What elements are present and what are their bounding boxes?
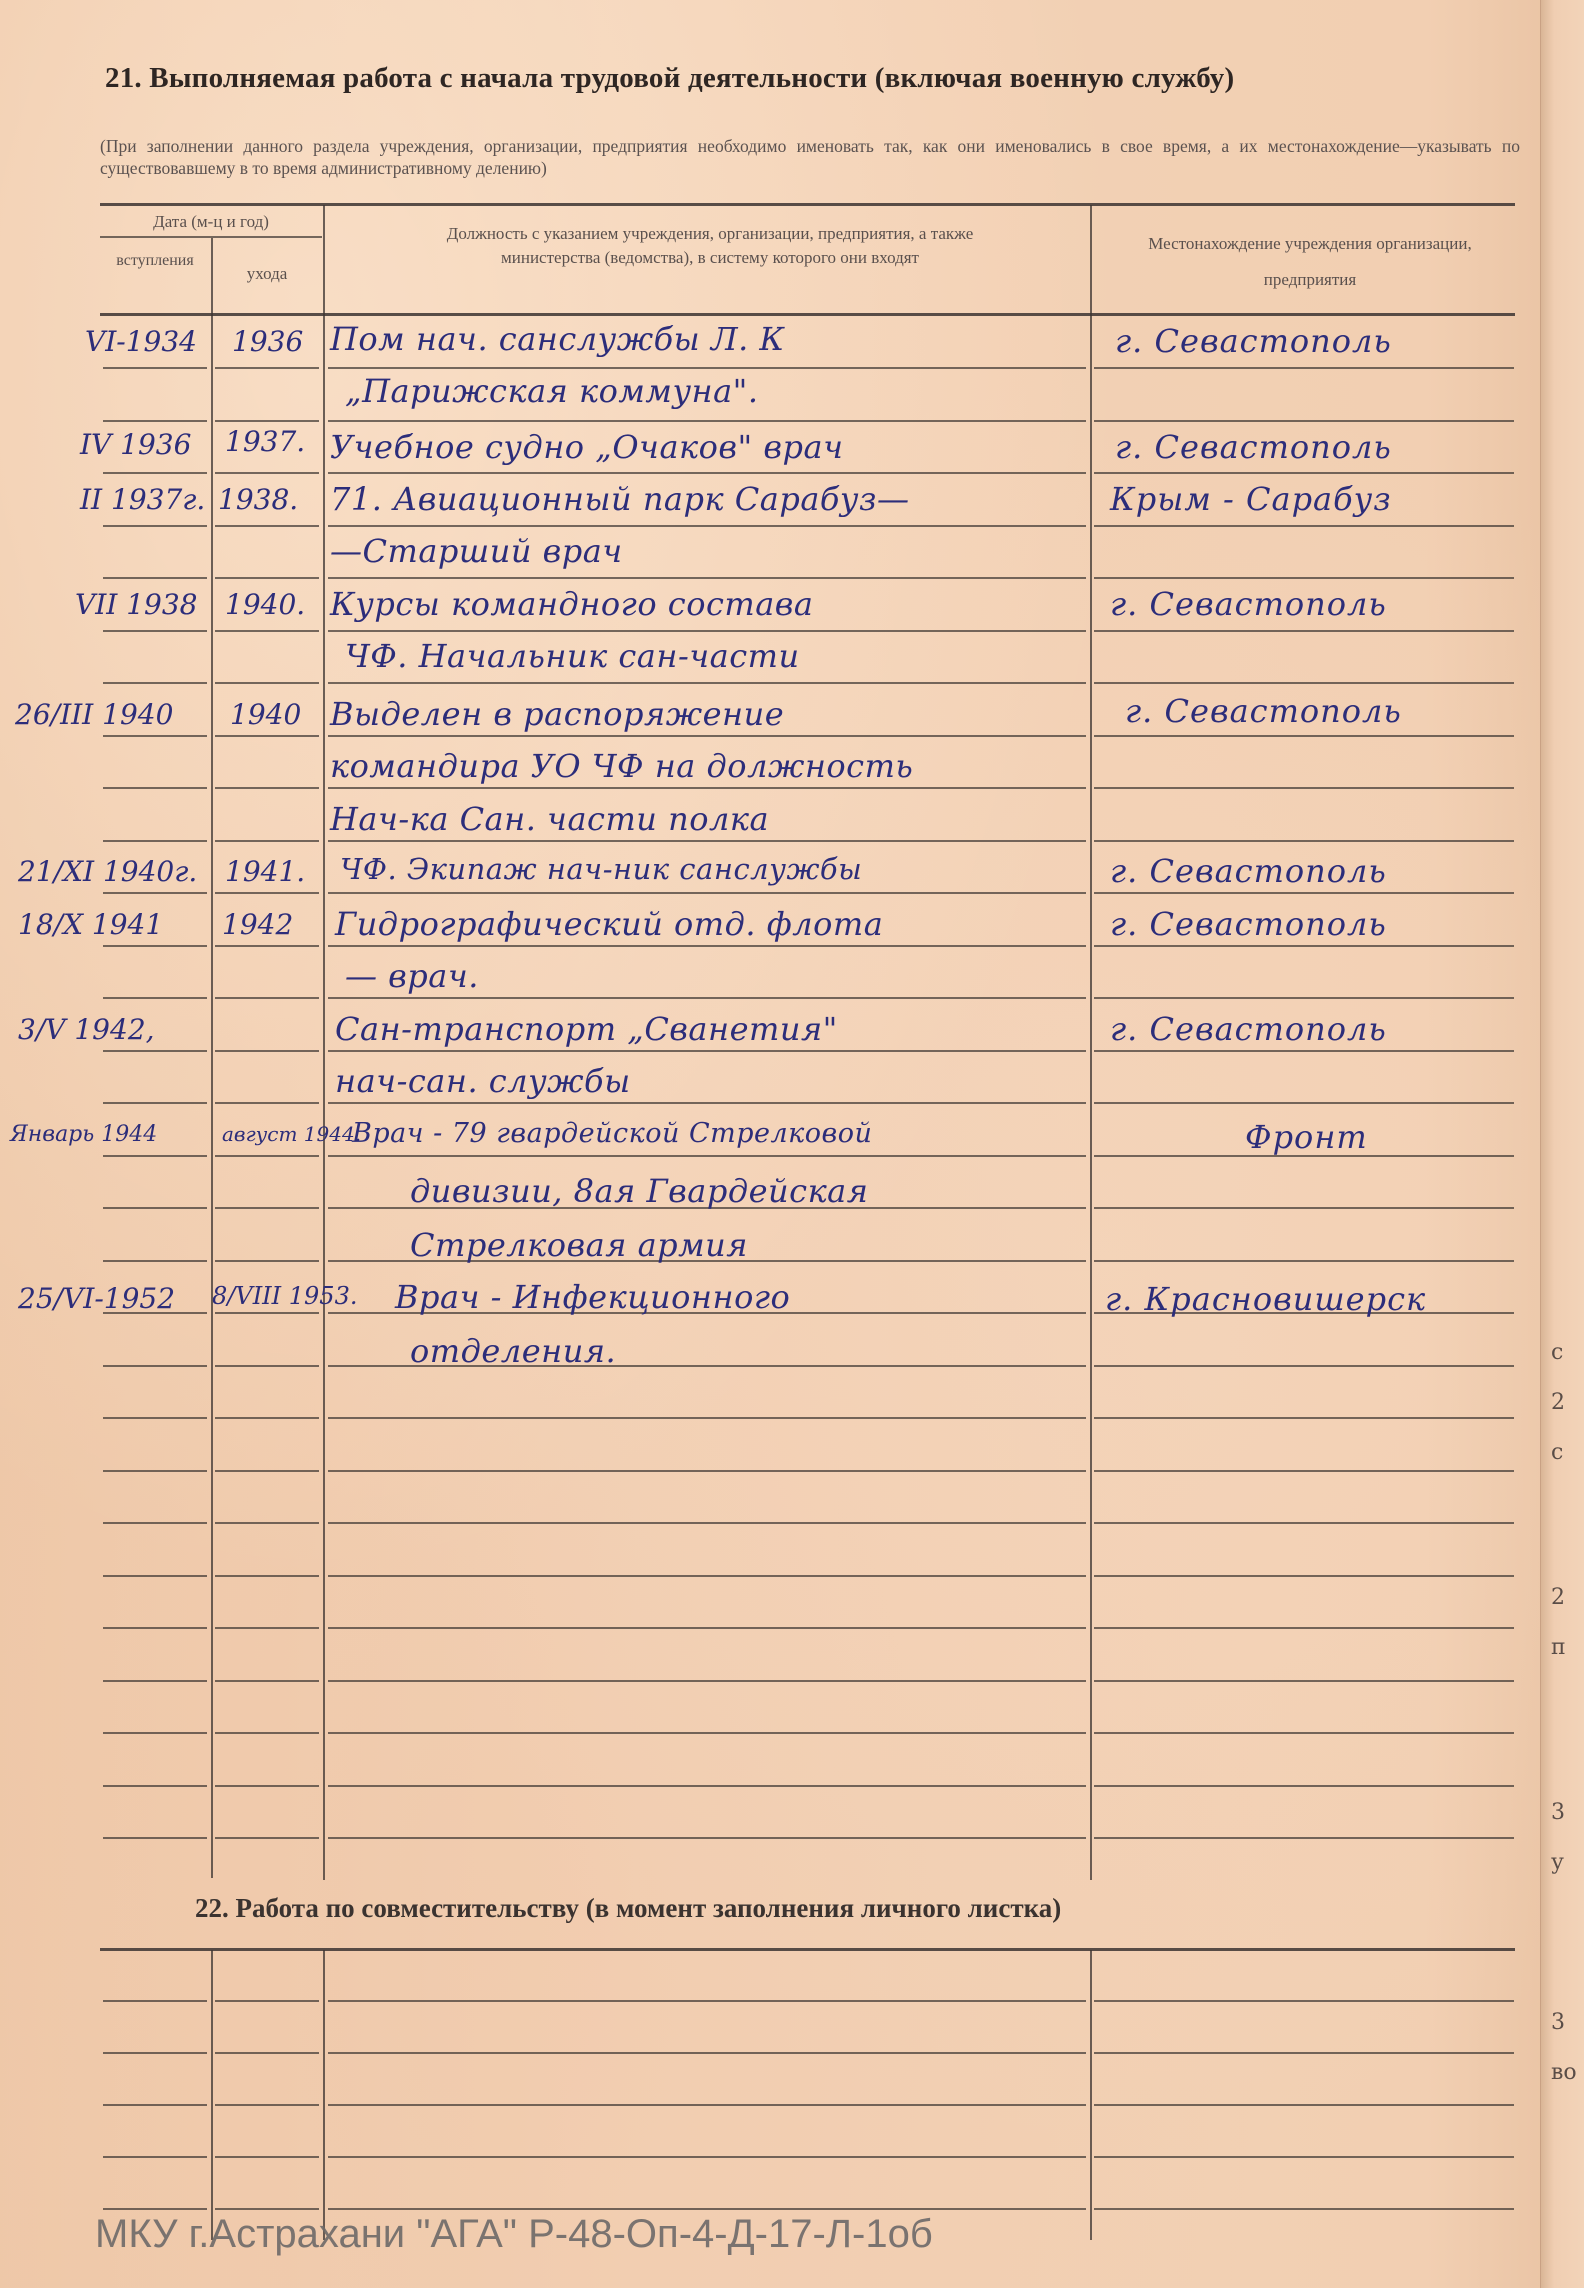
ruled-line — [215, 1050, 319, 1052]
ruled-line — [215, 1102, 319, 1104]
ruled-line — [215, 945, 319, 947]
ruled-line — [328, 1680, 1086, 1682]
ruled-line — [328, 1785, 1086, 1787]
ruled-line — [1094, 1732, 1514, 1734]
ruled-line — [1094, 630, 1514, 632]
entry-position-line: Выделен в распоряжение — [330, 695, 784, 733]
entry-end-date: 1938. — [218, 483, 298, 516]
ruled-line — [215, 1627, 319, 1629]
ruled-line — [328, 420, 1086, 422]
entry-position-line: Курсы командного состава — [330, 585, 814, 623]
entry-start-date: 26/III 1940 — [15, 698, 173, 731]
entry-position-line: Учебное судно „Очаков" врач — [330, 428, 844, 466]
section-22-column-divider — [1090, 1950, 1092, 2240]
table-header-bottom-rule — [100, 313, 1515, 316]
margin-fragment: 2 — [1551, 1390, 1565, 1415]
table-top-rule — [100, 203, 1515, 206]
ruled-line — [328, 840, 1086, 842]
entry-location: Крым - Сарабуз — [1110, 480, 1392, 518]
entry-end-date: 1937. — [225, 425, 305, 458]
ruled-line — [328, 367, 1086, 369]
ruled-line — [328, 997, 1086, 999]
entry-location: г. Севастополь — [1115, 428, 1392, 466]
archive-reference-watermark: МКУ г.Астрахани "АГА" Р-48-Оп-4-Д-17-Л-1… — [95, 2212, 933, 2257]
ruled-line — [1094, 1050, 1514, 1052]
ruled-line — [1094, 1260, 1514, 1262]
entry-location: г. Красновишерск — [1105, 1280, 1426, 1318]
ruled-line — [215, 997, 319, 999]
ruled-line — [215, 1207, 319, 1209]
entry-end-date: август 1944. — [222, 1122, 361, 1146]
ruled-line — [328, 630, 1086, 632]
ruled-line — [215, 682, 319, 684]
ruled-line — [328, 892, 1086, 894]
entry-location: г. Севастополь — [1110, 1010, 1387, 1048]
ruled-line — [328, 525, 1086, 527]
ruled-line — [215, 420, 319, 422]
entry-position-line: командира УО ЧФ на должность — [330, 747, 913, 785]
entry-position-line: Сан-транспорт „Сванетия" — [335, 1010, 838, 1048]
ruled-line — [215, 735, 319, 737]
ruled-line — [103, 577, 207, 579]
entry-position-line: — врач. — [345, 957, 479, 995]
ruled-line — [215, 2156, 319, 2158]
entry-position-line: Гидрографический отд. флота — [335, 905, 883, 943]
section-22-title: 22. Работа по совместительству (в момент… — [195, 1893, 1495, 1924]
section-22-column-divider — [211, 1950, 213, 2240]
ruled-line — [1094, 2156, 1514, 2158]
entry-location: г. Севастополь — [1110, 585, 1387, 623]
ruled-line — [103, 1837, 207, 1839]
ruled-line — [1094, 367, 1514, 369]
ruled-line — [328, 577, 1086, 579]
margin-fragment: у — [1551, 1850, 1564, 1875]
ruled-line — [328, 2104, 1086, 2106]
margin-fragment: с — [1551, 1340, 1563, 1365]
entry-position-line: „Парижская коммуна". — [345, 372, 759, 410]
entry-position-line: Стрелковая армия — [410, 1226, 748, 1264]
entry-start-date: 18/X 1941 — [18, 908, 163, 941]
ruled-line — [215, 367, 319, 369]
ruled-line — [103, 735, 207, 737]
header-end-date: ухода — [214, 262, 320, 286]
section-22-column-divider — [323, 1950, 325, 2240]
entry-end-date: 8/VIII 1953. — [212, 1282, 357, 1310]
header-position: Должность с указанием учреждения, органи… — [420, 222, 1000, 270]
ruled-line — [103, 1470, 207, 1472]
ruled-line — [328, 1470, 1086, 1472]
ruled-line — [1094, 1785, 1514, 1787]
ruled-line — [103, 1522, 207, 1524]
ruled-line — [328, 472, 1086, 474]
ruled-line — [1094, 1207, 1514, 1209]
personal-record-page: с 2 с 2 п 3 у 3 во 21. Выполняемая работ… — [0, 0, 1584, 2288]
ruled-line — [215, 1680, 319, 1682]
ruled-line — [103, 630, 207, 632]
ruled-line — [215, 1155, 319, 1157]
ruled-line — [328, 1522, 1086, 1524]
ruled-line — [328, 735, 1086, 737]
ruled-line — [328, 1575, 1086, 1577]
entry-end-date: 1941. — [225, 855, 305, 888]
ruled-line — [1094, 1365, 1514, 1367]
column-divider-position-location — [1090, 205, 1092, 1880]
entry-position-line: —Старший врач — [330, 532, 623, 570]
header-start-date: вступления — [105, 250, 205, 272]
entry-end-date: 1940 — [230, 698, 301, 731]
margin-fragment: во — [1551, 2060, 1577, 2085]
ruled-line — [1094, 2000, 1514, 2002]
ruled-line — [103, 1785, 207, 1787]
entry-start-date: VII 1938 — [75, 588, 198, 621]
ruled-line — [1094, 2104, 1514, 2106]
column-divider-date-position — [323, 205, 325, 1880]
ruled-line — [1094, 1417, 1514, 1419]
margin-fragment: 2 — [1551, 1585, 1565, 1610]
ruled-line — [328, 1102, 1086, 1104]
entry-location: г. Севастополь — [1110, 905, 1387, 943]
ruled-line — [328, 1155, 1086, 1157]
column-divider-start-end — [211, 238, 213, 1878]
entry-end-date: 1942 — [222, 908, 293, 941]
entry-location: Фронт — [1245, 1118, 1368, 1156]
ruled-line — [1094, 1680, 1514, 1682]
entry-location: г. Севастополь — [1125, 692, 1402, 730]
ruled-line — [1094, 945, 1514, 947]
ruled-line — [103, 787, 207, 789]
ruled-line — [215, 892, 319, 894]
margin-fragment: 3 — [1551, 2010, 1565, 2035]
ruled-line — [215, 1365, 319, 1367]
adjacent-page-edge: с 2 с 2 п 3 у 3 во — [1540, 0, 1584, 2288]
ruled-line — [103, 1680, 207, 1682]
entry-position-line: 71. Авиационный парк Сарабуз— — [330, 480, 909, 518]
ruled-line — [215, 2000, 319, 2002]
ruled-line — [103, 682, 207, 684]
ruled-line — [1094, 682, 1514, 684]
ruled-line — [1094, 420, 1514, 422]
ruled-line — [103, 1417, 207, 1419]
entry-position-line: Врач - Инфекционного — [395, 1278, 790, 1316]
ruled-line — [215, 1522, 319, 1524]
margin-fragment: п — [1551, 1635, 1566, 1660]
entry-end-date: 1936 — [232, 325, 303, 358]
ruled-line — [328, 682, 1086, 684]
ruled-line — [328, 1050, 1086, 1052]
ruled-line — [1094, 2208, 1514, 2210]
entry-position-line: дивизии, 8ая Гвардейская — [410, 1172, 868, 1210]
ruled-line — [215, 472, 319, 474]
ruled-line — [1094, 735, 1514, 737]
ruled-line — [215, 1837, 319, 1839]
entry-start-date: 25/VI-1952 — [18, 1282, 175, 1315]
ruled-line — [215, 1312, 319, 1314]
ruled-line — [103, 1102, 207, 1104]
entry-start-date: IV 1936 — [80, 428, 191, 461]
section-21-title: 21. Выполняемая работа с начала трудовой… — [105, 62, 1545, 95]
ruled-line — [328, 2156, 1086, 2158]
entry-position-line: отделения. — [410, 1332, 616, 1370]
ruled-line — [103, 1365, 207, 1367]
ruled-line — [103, 1260, 207, 1262]
ruled-line — [103, 1050, 207, 1052]
ruled-line — [1094, 1522, 1514, 1524]
header-date-group: Дата (м-ц и год) — [100, 210, 322, 234]
ruled-line — [103, 367, 207, 369]
ruled-line — [103, 1627, 207, 1629]
entry-start-date: II 1937г. — [80, 483, 205, 516]
ruled-line — [103, 1155, 207, 1157]
ruled-line — [103, 2156, 207, 2158]
ruled-line — [215, 1575, 319, 1577]
ruled-line — [328, 1837, 1086, 1839]
ruled-line — [1094, 1470, 1514, 1472]
ruled-line — [328, 787, 1086, 789]
entry-location: г. Севастополь — [1115, 322, 1392, 360]
entry-position-line: нач-сан. службы — [335, 1062, 631, 1100]
ruled-line — [215, 1260, 319, 1262]
ruled-line — [328, 1627, 1086, 1629]
entry-position-line: ЧФ. Начальник сан-части — [345, 637, 800, 675]
ruled-line — [215, 840, 319, 842]
margin-fragment: 3 — [1551, 1800, 1565, 1825]
ruled-line — [103, 2208, 207, 2210]
ruled-line — [1094, 892, 1514, 894]
ruled-line — [103, 2104, 207, 2106]
entry-start-date: VI-1934 — [85, 325, 197, 358]
ruled-line — [328, 1732, 1086, 1734]
entry-position-line: Врач - 79 гвардейской Стрелковой — [352, 1118, 872, 1149]
entry-end-date: 1940. — [225, 588, 305, 621]
ruled-line — [215, 630, 319, 632]
ruled-line — [1094, 997, 1514, 999]
ruled-line — [328, 1417, 1086, 1419]
entry-start-date: Январь 1944 — [10, 1122, 157, 1147]
ruled-line — [215, 577, 319, 579]
ruled-line — [1094, 525, 1514, 527]
entry-start-date: 21/XI 1940г. — [18, 855, 197, 888]
ruled-line — [1094, 1627, 1514, 1629]
ruled-line — [215, 787, 319, 789]
ruled-line — [1094, 1102, 1514, 1104]
ruled-line — [103, 525, 207, 527]
ruled-line — [103, 472, 207, 474]
ruled-line — [215, 1732, 319, 1734]
ruled-line — [103, 945, 207, 947]
header-location: Местонахождение учреждения организации, … — [1120, 226, 1500, 298]
ruled-line — [328, 2052, 1086, 2054]
ruled-line — [1094, 1837, 1514, 1839]
margin-fragment: с — [1551, 1440, 1563, 1465]
ruled-line — [1094, 472, 1514, 474]
ruled-line — [1094, 2052, 1514, 2054]
ruled-line — [103, 840, 207, 842]
ruled-line — [103, 2000, 207, 2002]
ruled-line — [215, 2208, 319, 2210]
ruled-line — [103, 1575, 207, 1577]
ruled-line — [215, 2052, 319, 2054]
ruled-line — [103, 1207, 207, 1209]
entry-location: г. Севастополь — [1110, 852, 1387, 890]
ruled-line — [215, 1785, 319, 1787]
ruled-line — [328, 945, 1086, 947]
ruled-line — [215, 2104, 319, 2106]
section-21-instructions: (При заполнении данного раздела учрежден… — [100, 135, 1520, 179]
ruled-line — [103, 997, 207, 999]
ruled-line — [1094, 787, 1514, 789]
ruled-line — [103, 892, 207, 894]
ruled-line — [328, 2000, 1086, 2002]
ruled-line — [328, 2208, 1086, 2210]
ruled-line — [103, 1732, 207, 1734]
ruled-line — [1094, 1575, 1514, 1577]
entry-position-line: ЧФ. Экипаж нач-ник санслужбы — [340, 852, 862, 886]
entry-position-line: Нач-ка Сан. части полка — [330, 800, 769, 838]
entry-start-date: 3/V 1942, — [18, 1013, 155, 1046]
ruled-line — [103, 420, 207, 422]
ruled-line — [103, 2052, 207, 2054]
ruled-line — [215, 1417, 319, 1419]
ruled-line — [1094, 577, 1514, 579]
ruled-line — [1094, 840, 1514, 842]
section-22-top-rule — [100, 1948, 1515, 1951]
entry-position-line: Пом нач. санслужбы Л. К — [330, 320, 785, 358]
ruled-line — [215, 1470, 319, 1472]
ruled-line — [215, 525, 319, 527]
